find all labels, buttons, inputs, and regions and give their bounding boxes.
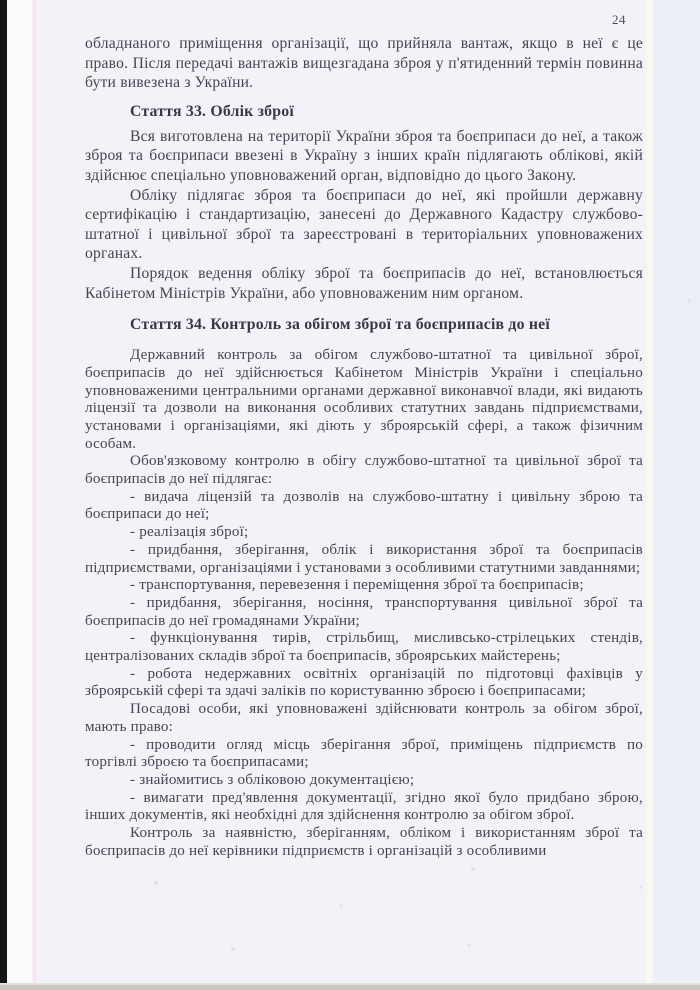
page-number: 24 xyxy=(612,12,626,28)
scan-right-tint xyxy=(654,0,700,984)
paragraph-continuation: обладнаного приміщення організації, що п… xyxy=(85,34,643,93)
scan-left-black-edge xyxy=(0,0,7,984)
scan-vertical-crease xyxy=(645,0,654,984)
article-33-heading: Стаття 33. Облік зброї xyxy=(85,102,643,122)
list-item: - реалізація зброї; xyxy=(85,524,643,542)
list-item: - придбання, зберігання, носіння, трансп… xyxy=(85,595,643,630)
list-item: - функціонування тирів, стрільбищ, мисли… xyxy=(85,630,643,665)
list-item: - знайомитись з обліковою документацією; xyxy=(85,772,643,790)
scan-bottom-edge xyxy=(0,983,700,990)
paragraph: Обліку підлягає зброя та боєприпаси до н… xyxy=(85,186,643,264)
scan-pink-binding-line xyxy=(32,0,37,984)
paragraph: Контроль за наявністю, зберіганням, облі… xyxy=(85,825,643,860)
list-item: - транспортування, перевезення і переміщ… xyxy=(85,577,643,595)
paragraph: Державний контроль за обігом службово-шт… xyxy=(85,347,643,453)
list-item: - видача ліцензій та дозволів на службов… xyxy=(85,489,643,524)
list-item: - вимагати пред'явлення документації, зг… xyxy=(85,790,643,825)
article-34-heading: Стаття 34. Контроль за обігом зброї та б… xyxy=(85,315,643,335)
document-body: обладнаного приміщення організації, що п… xyxy=(85,34,643,861)
list-item: - придбання, зберігання, облік і викорис… xyxy=(85,542,643,577)
paragraph: Порядок ведення обліку зброї та боєприпа… xyxy=(85,264,643,303)
paragraph: Посадові особи, які уповноважені здійсню… xyxy=(85,701,643,736)
paragraph: Обов'язковому контролю в обігу службово-… xyxy=(85,453,643,488)
list-item: - проводити огляд місць зберігання зброї… xyxy=(85,737,643,772)
list-item: - робота недержавних освітніх організаці… xyxy=(85,666,643,701)
scan-left-white-strip xyxy=(7,0,32,984)
paragraph: Вся виготовлена на території України збр… xyxy=(85,127,643,186)
